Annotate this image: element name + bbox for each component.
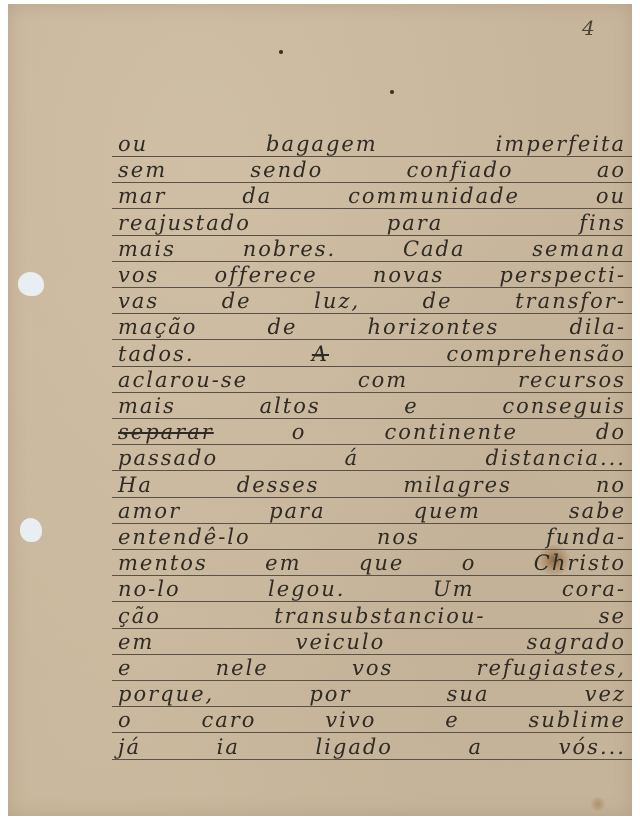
handwritten-word: se (599, 604, 626, 628)
line-text: maisaltoseconseguis (118, 394, 626, 418)
ruled-text-lines: oubagagemimperfeitasemsendoconfiadoaomar… (0, 0, 640, 823)
handwritten-word: ou (596, 184, 626, 208)
handwritten-word: sendo (250, 158, 323, 182)
handwritten-word: de (423, 289, 453, 313)
manuscript-line: Hadessesmilagresno (112, 472, 632, 498)
handwritten-word: que (359, 551, 404, 575)
manuscript-line: ocarovivoesublime (112, 707, 632, 733)
manuscript-line: reajustadoparafins (112, 210, 632, 236)
line-text: emveiculosagrado (118, 630, 626, 654)
manuscript-line: mardacommunidadeou (112, 183, 632, 209)
line-text: no-lolegou.Umcora- (118, 577, 626, 601)
manuscript-line: vasdeluz,detransfor- (112, 288, 632, 314)
line-text: mentosemqueoChristo (118, 551, 626, 575)
handwritten-word: perspecti- (499, 263, 626, 287)
line-text: porque,porsuavez (118, 682, 626, 706)
manuscript-line: passadoádistancia... (112, 445, 632, 471)
handwritten-word: transfor- (515, 289, 626, 313)
handwritten-word: porque, (118, 682, 214, 706)
handwritten-word: já (118, 735, 141, 759)
handwritten-word: sua (447, 682, 490, 706)
handwritten-word: altos (260, 394, 321, 418)
handwritten-word: nos (377, 525, 420, 549)
line-text: mardacommunidadeou (118, 184, 626, 208)
handwritten-word: recursos (518, 368, 626, 392)
manuscript-line: maisnobres.Cadasemana (112, 236, 632, 262)
handwritten-word: nobres. (243, 237, 337, 261)
handwritten-word: luz, (314, 289, 360, 313)
handwritten-word: quem (414, 499, 481, 523)
handwritten-word: ou (118, 132, 148, 156)
manuscript-line: vosofferecenovasperspecti- (112, 262, 632, 288)
handwritten-word: Ha (118, 473, 153, 497)
line-text: amorparaquemsabe (118, 499, 626, 523)
handwritten-word: veiculo (296, 630, 386, 654)
handwritten-word: passado (118, 446, 218, 470)
line-text: reajustadoparafins (118, 211, 626, 235)
handwritten-word: semana (532, 237, 626, 261)
handwritten-word: amor (118, 499, 181, 523)
handwritten-word: entendê-lo (118, 525, 251, 549)
handwritten-word: fins (579, 211, 626, 235)
handwritten-word: o (462, 551, 477, 575)
manuscript-line: jáialigadoavós... (112, 734, 632, 760)
handwritten-word: e (445, 708, 459, 732)
handwritten-word: o (292, 420, 307, 444)
manuscript-line: amorparaquemsabe (112, 498, 632, 524)
handwritten-word: continente (384, 420, 517, 444)
manuscript-line: enelevosrefugiastes, (112, 655, 632, 681)
line-text: tados.Acomprehensão (118, 342, 626, 366)
handwritten-word: vos (118, 263, 159, 287)
handwritten-word: no-lo (118, 577, 181, 601)
line-text: jáialigadoavós... (118, 735, 626, 759)
handwritten-word: reajustado (118, 211, 251, 235)
line-text: maisnobres.Cadasemana (118, 237, 626, 261)
handwritten-word: conseguis (502, 394, 626, 418)
handwritten-word: funda- (546, 525, 626, 549)
handwritten-word: separar (118, 420, 214, 444)
handwritten-word: e (404, 394, 418, 418)
line-text: enelevosrefugiastes, (118, 656, 626, 680)
handwritten-word: vós... (559, 735, 626, 759)
handwritten-word: da (242, 184, 272, 208)
manuscript-line: oubagagemimperfeita (112, 131, 632, 157)
line-text: çãotransubstanciou-se (118, 604, 626, 628)
handwritten-word: aclarou-se (118, 368, 248, 392)
handwritten-word: ção (118, 604, 161, 628)
handwritten-word: nele (216, 656, 269, 680)
handwritten-word: o (118, 708, 133, 732)
handwritten-word: dila- (569, 315, 626, 339)
line-text: passadoádistancia... (118, 446, 626, 470)
handwritten-word: imperfeita (496, 132, 626, 156)
handwritten-word: ao (597, 158, 626, 182)
handwritten-word: comprehensão (446, 342, 626, 366)
handwritten-word: em (118, 630, 154, 654)
handwritten-word: á (345, 446, 360, 470)
manuscript-line: çãotransubstanciou-se (112, 603, 632, 629)
handwritten-word: e (118, 656, 132, 680)
handwritten-word: sagrado (527, 630, 626, 654)
manuscript-line: emveiculosagrado (112, 629, 632, 655)
handwritten-word: para (269, 499, 326, 523)
handwritten-word: milagres (403, 473, 512, 497)
line-text: aclarou-secomrecursos (118, 368, 626, 392)
handwritten-word: com (358, 368, 408, 392)
line-text: vosofferecenovasperspecti- (118, 263, 626, 287)
handwritten-word: Um (433, 577, 475, 601)
manuscript-line: no-lolegou.Umcora- (112, 576, 632, 602)
manuscript-line: mentosemqueoChristo (112, 550, 632, 576)
line-text: separarocontinentedo (118, 420, 626, 444)
handwritten-word: mação (118, 315, 197, 339)
handwritten-word: por (309, 682, 351, 706)
manuscript-line: tados.Acomprehensão (112, 341, 632, 367)
handwritten-word: de (268, 315, 298, 339)
handwritten-word: no (596, 473, 626, 497)
handwritten-word: sublime (528, 708, 626, 732)
line-text: Hadessesmilagresno (118, 473, 626, 497)
handwritten-word: communidade (348, 184, 520, 208)
line-text: ocarovivoesublime (118, 708, 626, 732)
handwritten-word: refugiastes, (476, 656, 626, 680)
handwritten-word: sabe (569, 499, 626, 523)
handwritten-word: para (387, 211, 444, 235)
handwritten-word: vas (118, 289, 159, 313)
handwritten-word: desses (237, 473, 320, 497)
handwritten-word: cora- (562, 577, 626, 601)
handwritten-word: ligado (315, 735, 392, 759)
handwritten-word: de (222, 289, 252, 313)
handwritten-word: offerece (214, 263, 317, 287)
handwritten-word: mentos (118, 551, 208, 575)
manuscript-line: entendê-lonosfunda- (112, 524, 632, 550)
handwritten-word: confiado (407, 158, 514, 182)
handwritten-word: distancia... (486, 446, 626, 470)
handwritten-word: A (312, 342, 329, 366)
handwritten-word: ia (217, 735, 240, 759)
line-text: maçãodehorizontesdila- (118, 315, 626, 339)
handwritten-word: tados. (118, 342, 195, 366)
manuscript-line: aclarou-secomrecursos (112, 367, 632, 393)
handwritten-word: transubstanciou- (274, 604, 485, 628)
handwritten-word: Cada (403, 237, 466, 261)
handwritten-word: vos (352, 656, 393, 680)
handwritten-word: Christo (534, 551, 626, 575)
line-text: entendê-lonosfunda- (118, 525, 626, 549)
handwritten-word: bagagem (266, 132, 378, 156)
handwritten-word: novas (373, 263, 444, 287)
manuscript-line: maisaltoseconseguis (112, 393, 632, 419)
handwritten-word: horizontes (368, 315, 500, 339)
handwritten-word: caro (201, 708, 256, 732)
handwritten-word: do (596, 420, 626, 444)
handwritten-word: a (469, 735, 484, 759)
manuscript-line: separarocontinentedo (112, 419, 632, 445)
handwritten-word: mais (118, 394, 176, 418)
handwritten-word: em (265, 551, 301, 575)
line-text: semsendoconfiadoao (118, 158, 626, 182)
manuscript-line: porque,porsuavez (112, 681, 632, 707)
line-text: oubagagemimperfeita (118, 132, 626, 156)
handwritten-word: legou. (268, 577, 345, 601)
handwritten-word: sem (118, 158, 167, 182)
handwritten-word: mais (118, 237, 176, 261)
line-text: vasdeluz,detransfor- (118, 289, 626, 313)
handwritten-word: vez (585, 682, 626, 706)
handwritten-word: mar (118, 184, 166, 208)
handwritten-word: vivo (325, 708, 376, 732)
manuscript-line: maçãodehorizontesdila- (112, 314, 632, 340)
manuscript-line: semsendoconfiadoao (112, 157, 632, 183)
